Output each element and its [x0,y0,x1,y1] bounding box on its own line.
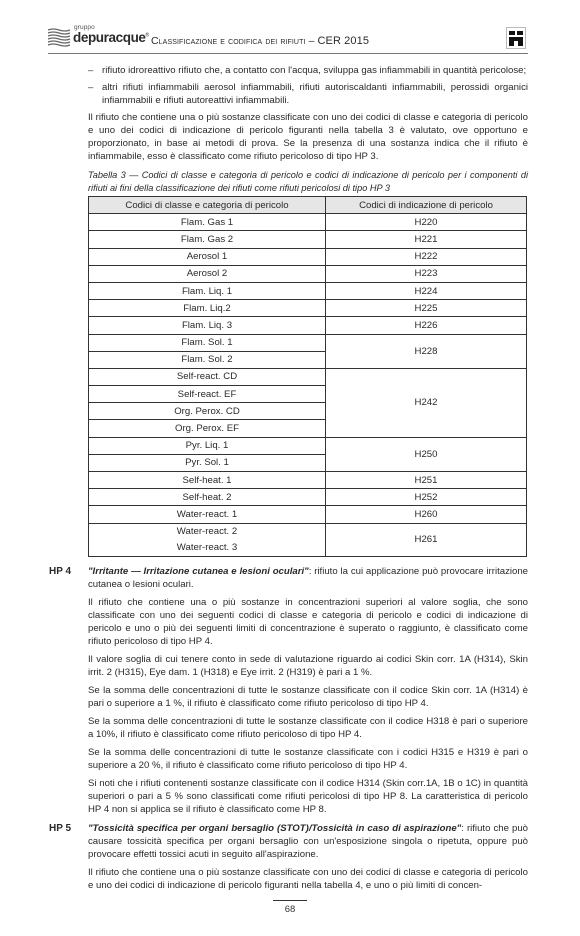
hazard-code-cell: H228 [326,334,527,368]
hp5-paragraph: Il rifiuto che contiene una o più sostan… [88,866,528,892]
hazard-class-cell: Self-react. CD [89,368,326,385]
hp4-section: HP 4 "Irritante — Irritazione cutanea e … [88,565,528,816]
hazard-code-cell: H223 [326,265,527,282]
table-row: Flam. Liq.2H225 [89,300,527,317]
hp4-definition: "Irritante — Irritazione cutanea e lesio… [88,565,528,591]
hp4-paragraph: Il valore soglia di cui tenere conto in … [88,653,528,679]
hazard-class-cell: Self-heat. 2 [89,489,326,506]
hazard-class-cell: Self-react. EF [89,386,326,403]
hp5-title: "Tossicità specifica per organi bersagli… [88,823,461,834]
hazard-class-cell: Aerosol 1 [89,248,326,265]
hazard-code-cell: H226 [326,317,527,334]
hazard-code-cell: H260 [326,506,527,523]
hazard-code-cell: H242 [326,368,527,437]
hazard-code-cell: H225 [326,300,527,317]
hazard-class-cell: Org. Perox. EF [89,420,326,437]
hazard-code-cell: H220 [326,214,527,231]
hazard-class-cell: Org. Perox. CD [89,403,326,420]
table-row: Self-heat. 2H252 [89,489,527,506]
list-item: – rifiuto idroreattivo rifiuto che, a co… [88,64,528,77]
page-number: 68 [270,904,310,915]
hazard-class-cell: Flam. Liq. 1 [89,282,326,299]
hazard-class-cell: Flam. Sol. 1 [89,334,326,351]
hazard-code-cell: H252 [326,489,527,506]
column-header: Codici di classe e categoria di pericolo [89,197,326,214]
footer-rule [273,900,307,901]
depuracque-logo: gruppo depuracque® [48,24,108,50]
table-row: Flam. Liq. 3H226 [89,317,527,334]
hazard-code-cell: H251 [326,472,527,489]
table-row: Aerosol 1H222 [89,248,527,265]
hp5-label: HP 5 [49,822,71,835]
table-row: Water-react. 2Water-react. 3H261 [89,523,527,556]
hp4-paragraph: Se la somma delle concentrazioni di tutt… [88,746,528,772]
registered-mark: ® [146,33,149,39]
table-row: Aerosol 2H223 [89,265,527,282]
bullet-text: rifiuto idroreattivo rifiuto che, a cont… [102,65,526,76]
waves-logo-icon [48,28,70,48]
hazard-code-cell: H261 [326,523,527,556]
hp4-title: "Irritante — Irritazione cutanea e lesio… [88,566,309,577]
hp4-paragraph: Il rifiuto che contiene una o più sostan… [88,596,528,648]
dash-bullet: – [88,64,93,77]
hazard-codes-table: Codici di classe e categoria di pericolo… [88,196,527,557]
hazard-class-cell: Flam. Gas 1 [89,214,326,231]
hazard-class-cell: Water-react. 1 [89,506,326,523]
hazard-code-cell: H224 [326,282,527,299]
document-title: Classificazione e codifica dei rifiuti –… [151,35,369,47]
hazard-class-cell: Pyr. Sol. 1 [89,454,326,471]
bullet-text: altri rifiuti infiammabili aerosol infia… [102,82,528,106]
hazard-class-cell: Aerosol 2 [89,265,326,282]
hp5-definition: "Tossicità specifica per organi bersagli… [88,822,528,861]
header-rule [48,53,528,54]
intro-paragraph: Il rifiuto che contiene una o più sostan… [88,111,528,163]
hp4-label: HP 4 [49,565,71,578]
hazard-code-cell: H222 [326,248,527,265]
list-item: – altri rifiuti infiammabili aerosol inf… [88,81,528,107]
hazard-class-cell: Self-heat. 1 [89,472,326,489]
table-row: Self-heat. 1H251 [89,472,527,489]
hazard-code-cell: H221 [326,231,527,248]
hazard-class-cell: Flam. Liq. 3 [89,317,326,334]
hazard-code-cell: H250 [326,437,527,471]
hazard-class-cell: Flam. Gas 2 [89,231,326,248]
logo-name: depuracque [73,30,146,45]
document-title-prefix: Classificazione e codifica dei rifiuti – [151,35,317,47]
logo-name-text: depuracque® [73,30,149,45]
hazard-class-cell: Flam. Liq.2 [89,300,326,317]
page-header: gruppo depuracque® Classificazione e cod… [48,24,528,52]
table-header-row: Codici di classe e categoria di pericolo… [89,197,527,214]
building-logo-icon [506,27,526,49]
hazard-class-cell: Water-react. 2Water-react. 3 [89,523,326,556]
column-header: Codici di indicazione di pericolo [326,197,527,214]
hp4-paragraph: Se la somma delle concentrazioni di tutt… [88,684,528,710]
table-row: Pyr. Liq. 1H250 [89,437,527,454]
table-row: Flam. Gas 1H220 [89,214,527,231]
table-row: Flam. Gas 2H221 [89,231,527,248]
hazard-class-cell: Pyr. Liq. 1 [89,437,326,454]
table-row: Flam. Sol. 1H228 [89,334,527,351]
hp4-paragraph: Si noti che i rifiuti contenenti sostanz… [88,777,528,816]
table-row: Water-react. 1H260 [89,506,527,523]
hp5-section: HP 5 "Tossicità specifica per organi ber… [88,822,528,892]
hazard-class-cell: Flam. Sol. 2 [89,351,326,368]
page-content: – rifiuto idroreattivo rifiuto che, a co… [88,64,528,897]
table-row: Flam. Liq. 1H224 [89,282,527,299]
table-row: Self-react. CDH242 [89,368,527,385]
hp4-paragraph: Se la somma delle concentrazioni di tutt… [88,715,528,741]
table-caption: Tabella 3 — Codici di classe e categoria… [88,169,528,194]
dash-bullet: – [88,81,93,94]
document-title-suffix: CER 2015 [317,35,369,47]
